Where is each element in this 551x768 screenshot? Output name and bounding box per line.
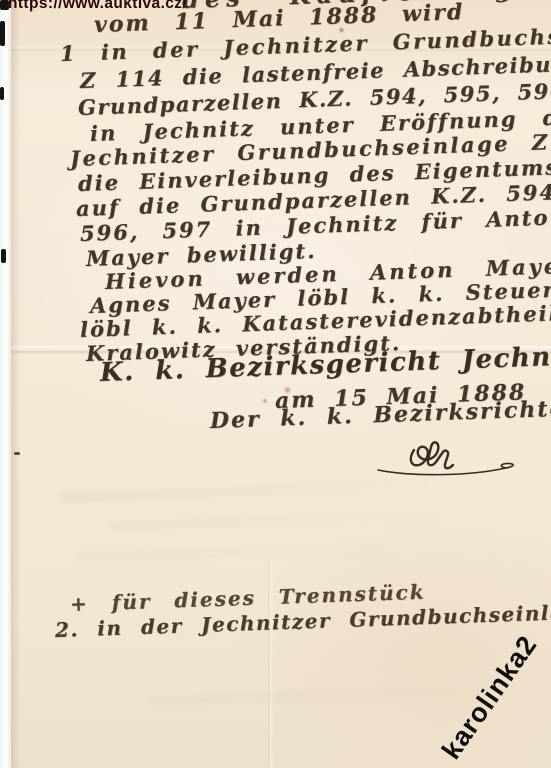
seller-watermark-container: karolinka2 — [433, 626, 547, 768]
scan-edge-mark — [0, 21, 5, 46]
ink-showthrough — [110, 510, 440, 531]
scanner-edge-strip — [0, 0, 11, 768]
scan-edge-mark — [14, 452, 20, 455]
seller-watermark-text: karolinka2 — [436, 629, 544, 764]
scan-edge-mark — [0, 87, 4, 100]
signature-flourish — [330, 428, 520, 478]
auction-site-url-watermark: https://www.auktiva.cz/ — [8, 0, 187, 13]
ink-showthrough — [80, 544, 380, 561]
scanned-document-page: des Kaufvertrages vom 11 Mai 1888 wird 1… — [0, 0, 551, 768]
ink-showthrough — [60, 479, 440, 502]
paper-stain — [262, 398, 268, 404]
ink-showthrough — [150, 684, 480, 706]
paper-edge-shadow — [11, 0, 21, 768]
scan-edge-mark — [1, 249, 6, 263]
